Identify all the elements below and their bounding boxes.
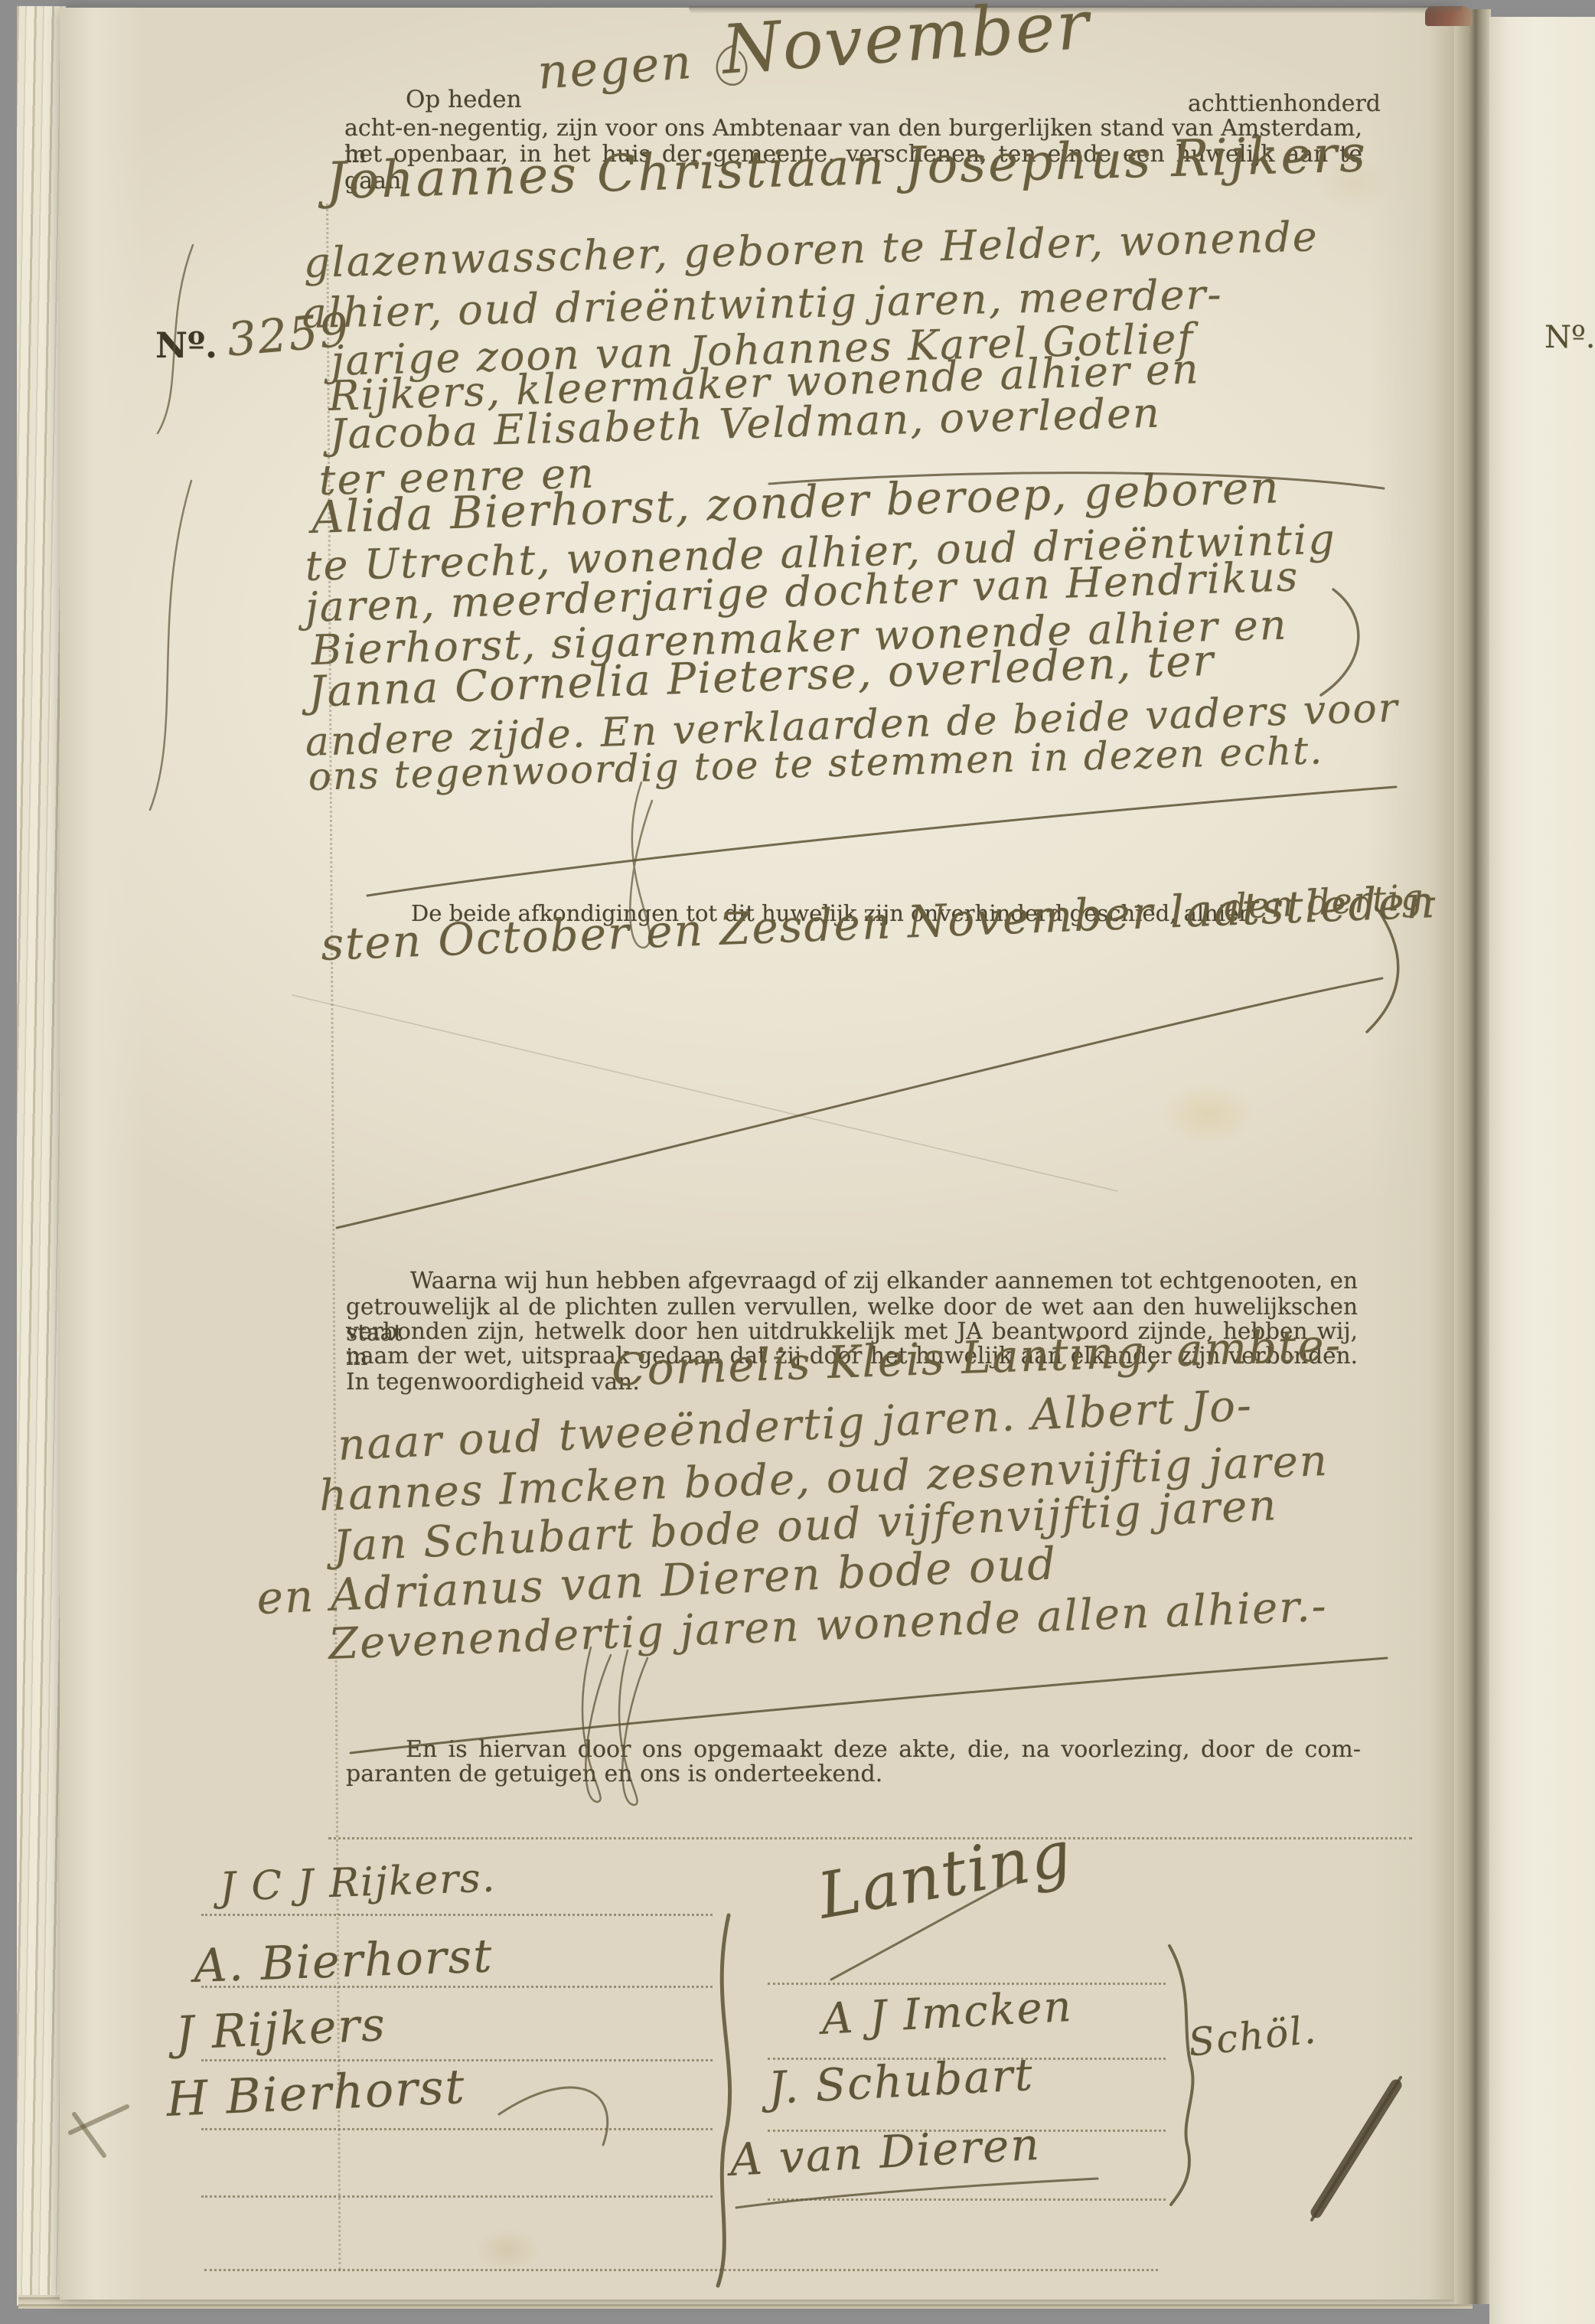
ink-blank-diagonal — [337, 978, 1382, 1228]
ink-eenre-strike — [769, 473, 1384, 488]
ink-officiant-stroke-tail — [1312, 2078, 1401, 2220]
ink-crease — [292, 995, 1117, 1191]
ink-lead-stroke — [150, 481, 191, 810]
ink-lead-stroke — [158, 245, 193, 433]
ink-descender-loop — [582, 1647, 611, 1802]
ink-echt-diagonal — [367, 787, 1396, 896]
ink-november-flourish — [717, 46, 747, 85]
ink-descender-loop — [619, 1650, 647, 1805]
ink-witness-diagonal — [351, 1658, 1387, 1753]
ink-left-brace — [718, 1915, 730, 2286]
ink-vandieren-underline — [736, 2179, 1098, 2208]
ink-right-brace — [1169, 1946, 1192, 2205]
ink-bierhorst-flourish — [499, 2087, 608, 2145]
ink-banns-paren — [1367, 907, 1398, 1032]
ink-overlay — [0, 0, 1595, 2324]
ink-lanting-cross — [831, 1877, 1019, 1980]
book-photo: Nº. 3259 Nº. Op heden negen November ach… — [0, 0, 1595, 2324]
ink-descender-loop — [630, 782, 652, 948]
ink-paren-flourish — [1321, 589, 1359, 695]
